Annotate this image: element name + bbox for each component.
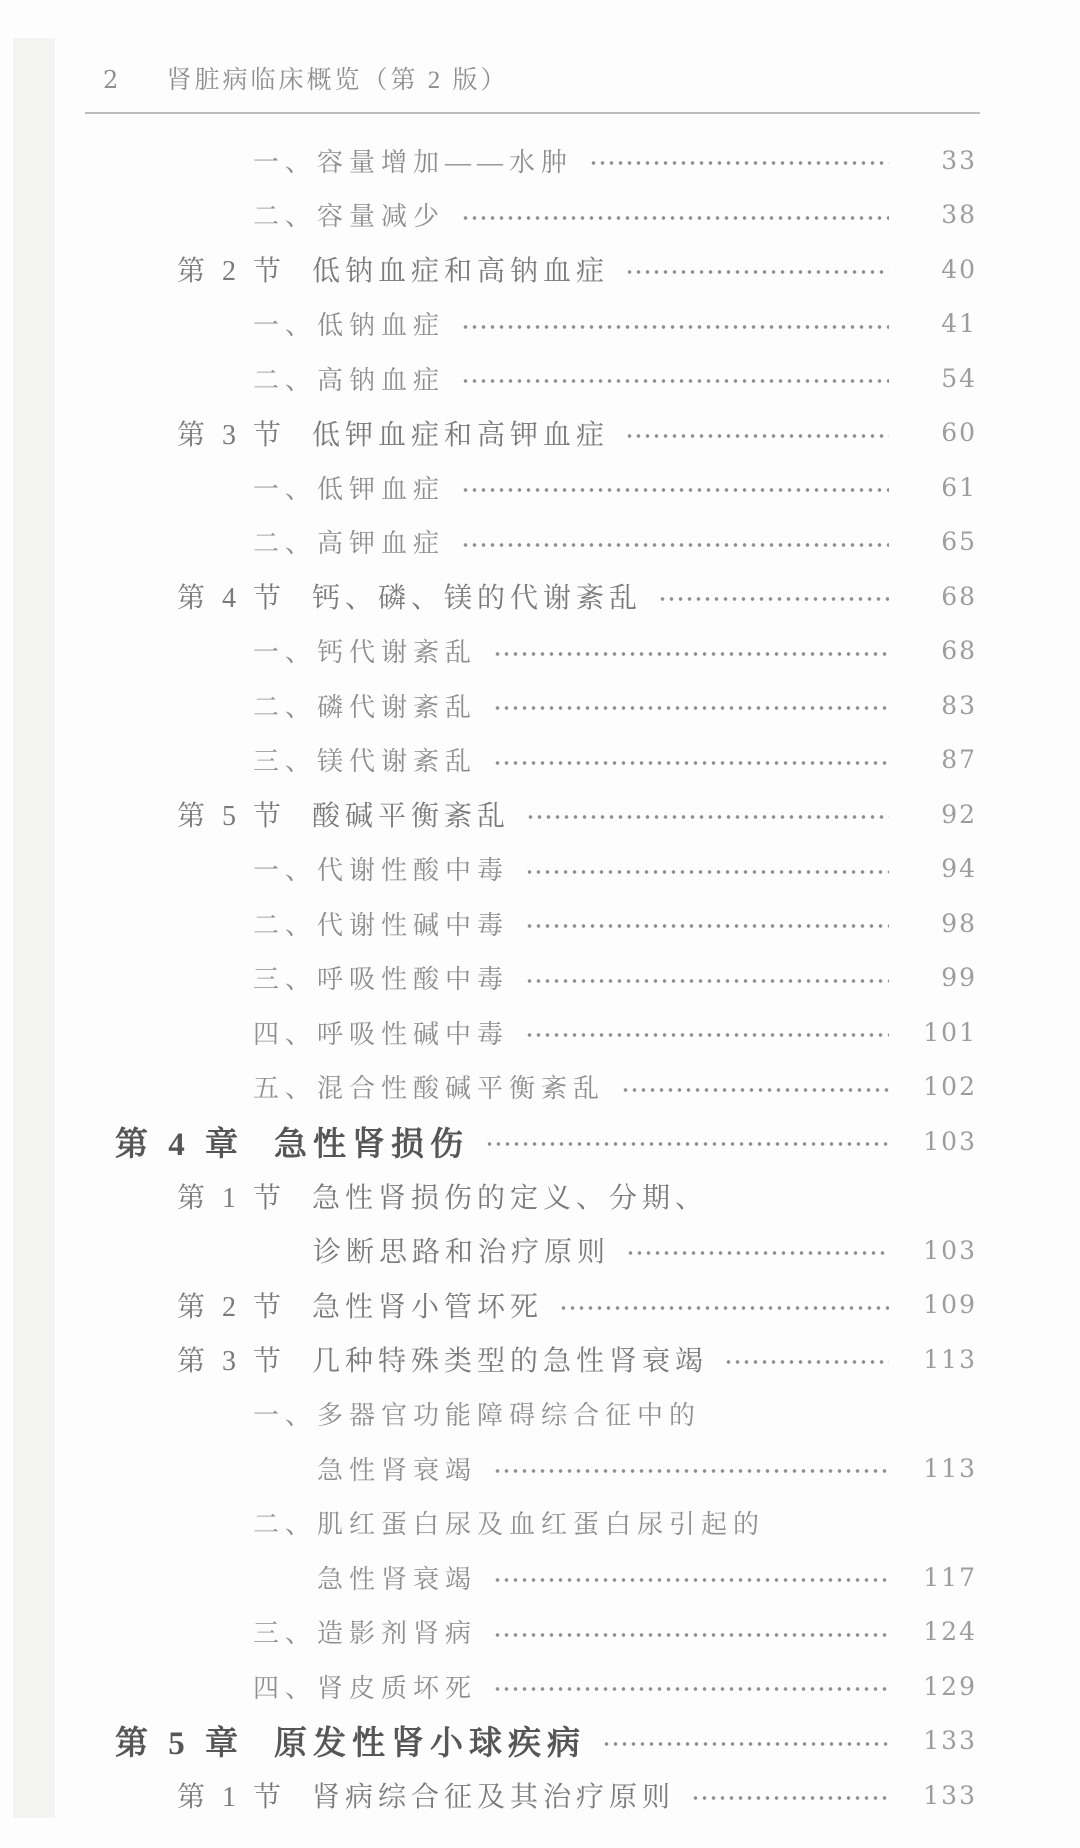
toc-entry: 二、高钾血症65 — [0, 515, 977, 570]
toc-entry-page: 65 — [903, 527, 977, 556]
toc-entry: 四、肾皮质坏死129 — [0, 1659, 977, 1714]
toc-entry-label: 五、 — [253, 1068, 317, 1105]
toc-entry: 一、低钠血症41 — [0, 297, 977, 352]
dot-leader — [493, 1628, 889, 1642]
toc-entry: 一、多器官功能障碍综合征中的 — [0, 1387, 977, 1442]
toc-entry-label: 三、 — [253, 741, 317, 778]
dot-leader — [493, 1682, 889, 1696]
toc-entry-title: 低钠血症和高钠血症 — [312, 249, 609, 289]
toc-entry-label: 第 2 节 — [177, 249, 286, 289]
toc-entry-title: 容量减少 — [317, 196, 445, 233]
dot-leader — [526, 810, 889, 824]
toc-entry-page: 99 — [903, 963, 977, 992]
toc-entry: 二、代谢性碱中毒98 — [0, 896, 977, 951]
toc-entry-title: 低钾血症和高钾血症 — [312, 413, 609, 453]
toc-entry-page: 40 — [903, 255, 977, 284]
toc-entry-page: 33 — [903, 146, 977, 175]
toc-entry: 一、代谢性酸中毒94 — [0, 842, 977, 897]
toc-entry: 三、呼吸性酸中毒99 — [0, 951, 977, 1006]
toc-entry: 一、容量增加——水肿33 — [0, 133, 977, 188]
toc-entry: 第 3 节几种特殊类型的急性肾衰竭113 — [0, 1332, 977, 1387]
toc-entry-label: 二、 — [253, 523, 317, 560]
toc-entry-title: 钙、磷、镁的代谢紊乱 — [312, 576, 642, 616]
dot-leader — [525, 865, 889, 879]
dot-leader — [493, 701, 889, 715]
toc-entry-title: 高钠血症 — [317, 360, 445, 397]
toc-entry: 一、低钾血症61 — [0, 460, 977, 515]
dot-leader — [625, 265, 889, 279]
toc-entry: 急性肾衰竭113 — [0, 1441, 977, 1496]
dot-leader — [493, 647, 889, 661]
toc-entry-label: 第 3 节 — [177, 1339, 286, 1379]
toc-entry-title: 肾病综合征及其治疗原则 — [312, 1775, 675, 1815]
toc-entry-label: 二、 — [253, 196, 317, 233]
toc-entry-page: 133 — [903, 1726, 977, 1755]
dot-leader — [461, 211, 889, 225]
toc-entry: 三、镁代谢紊乱87 — [0, 733, 977, 788]
dot-leader — [724, 1355, 889, 1369]
toc-entry-label: 第 4 章 — [115, 1118, 244, 1165]
toc-entry: 二、磷代谢紊乱83 — [0, 678, 977, 733]
header-rule — [85, 112, 980, 114]
dot-leader — [461, 538, 889, 552]
dot-leader — [493, 756, 889, 770]
toc-entry-title: 诊断思路和治疗原则 — [313, 1230, 610, 1270]
toc-entry-label: 二、 — [253, 1504, 317, 1541]
table-of-contents: 一、容量增加——水肿33二、容量减少38第 2 节低钠血症和高钠血症40一、低钠… — [0, 133, 977, 1823]
toc-entry-title: 急性肾损伤的定义、分期、 — [312, 1176, 708, 1216]
toc-entry-page: 94 — [903, 854, 977, 883]
toc-entry-title: 呼吸性酸中毒 — [317, 959, 509, 996]
toc-entry: 二、容量减少38 — [0, 188, 977, 243]
toc-entry: 第 1 节急性肾损伤的定义、分期、 — [0, 1169, 977, 1224]
toc-entry-page: 68 — [903, 636, 977, 665]
running-header-title: 肾脏病临床概览（第 2 版） — [167, 67, 509, 94]
toc-entry-title: 肾皮质坏死 — [317, 1668, 477, 1705]
dot-leader — [589, 156, 889, 170]
toc-entry-title: 高钾血症 — [317, 523, 445, 560]
toc-entry: 三、造影剂肾病124 — [0, 1605, 977, 1660]
toc-entry: 第 2 节低钠血症和高钠血症40 — [0, 242, 977, 297]
toc-entry-label: 四、 — [253, 1014, 317, 1051]
toc-entry-page: 92 — [903, 800, 977, 829]
toc-entry-label: 第 3 节 — [177, 413, 286, 453]
toc-entry-title: 急性肾衰竭 — [317, 1450, 477, 1487]
toc-entry-title: 几种特殊类型的急性肾衰竭 — [312, 1339, 708, 1379]
toc-entry-title: 代谢性酸中毒 — [317, 850, 509, 887]
toc-entry-title: 低钠血症 — [317, 305, 445, 342]
toc-entry-label: 四、 — [253, 1668, 317, 1705]
toc-entry-title: 低钾血症 — [317, 469, 445, 506]
toc-entry: 诊断思路和治疗原则103 — [0, 1223, 977, 1278]
toc-entry: 二、高钠血症54 — [0, 351, 977, 406]
toc-entry-label: 一、 — [253, 142, 317, 179]
toc-entry-label: 第 1 节 — [177, 1775, 286, 1815]
toc-entry-title: 磷代谢紊乱 — [317, 687, 477, 724]
toc-entry-label: 第 5 节 — [177, 794, 286, 834]
toc-entry-title: 酸碱平衡紊乱 — [312, 794, 510, 834]
toc-entry-page: 129 — [903, 1672, 977, 1701]
toc-entry-title: 代谢性碱中毒 — [317, 905, 509, 942]
toc-entry: 一、钙代谢紊乱68 — [0, 624, 977, 679]
toc-entry-page: 54 — [903, 364, 977, 393]
toc-entry-title: 钙代谢紊乱 — [317, 632, 477, 669]
toc-entry-page: 38 — [903, 200, 977, 229]
dot-leader — [485, 1137, 889, 1151]
toc-entry-label: 二、 — [253, 905, 317, 942]
toc-entry-page: 113 — [903, 1454, 977, 1483]
toc-entry-page: 61 — [903, 473, 977, 502]
toc-entry-title: 原发性肾小球疾病 — [274, 1717, 586, 1764]
toc-entry-label: 二、 — [253, 687, 317, 724]
toc-entry-page: 103 — [903, 1127, 977, 1156]
dot-leader — [525, 974, 889, 988]
toc-entry-title: 呼吸性碱中毒 — [317, 1014, 509, 1051]
toc-entry: 第 5 节酸碱平衡紊乱92 — [0, 787, 977, 842]
toc-entry-label: 一、 — [253, 305, 317, 342]
toc-entry-title: 肌红蛋白尿及血红蛋白尿引起的 — [317, 1504, 765, 1541]
dot-leader — [658, 592, 889, 606]
toc-entry: 四、呼吸性碱中毒101 — [0, 1005, 977, 1060]
toc-entry-title: 急性肾损伤 — [274, 1118, 469, 1165]
dot-leader — [461, 374, 889, 388]
dot-leader — [625, 429, 889, 443]
dot-leader — [525, 919, 889, 933]
folio-page-number: 2 — [103, 66, 121, 94]
toc-entry: 第 5 章原发性肾小球疾病133 — [0, 1714, 977, 1769]
toc-entry-title: 造影剂肾病 — [317, 1613, 477, 1650]
toc-entry-title: 多器官功能障碍综合征中的 — [317, 1395, 701, 1432]
toc-entry-page: 117 — [903, 1563, 977, 1592]
toc-entry: 五、混合性酸碱平衡紊乱102 — [0, 1060, 977, 1115]
toc-entry-label: 三、 — [253, 1613, 317, 1650]
toc-entry-page: 101 — [903, 1018, 977, 1047]
toc-entry-label: 第 5 章 — [115, 1717, 244, 1764]
toc-entry: 第 2 节急性肾小管坏死109 — [0, 1278, 977, 1333]
running-header: 2 肾脏病临床概览（第 2 版） — [103, 60, 1020, 96]
dot-leader — [626, 1246, 889, 1260]
dot-leader — [493, 1464, 889, 1478]
toc-entry-label: 一、 — [253, 632, 317, 669]
toc-entry: 第 3 节低钾血症和高钾血症60 — [0, 406, 977, 461]
toc-entry: 二、肌红蛋白尿及血红蛋白尿引起的 — [0, 1496, 977, 1551]
dot-leader — [493, 1573, 889, 1587]
toc-entry-page: 41 — [903, 309, 977, 338]
dot-leader — [621, 1083, 889, 1097]
toc-entry-label: 一、 — [253, 1395, 317, 1432]
toc-entry: 第 4 章急性肾损伤103 — [0, 1114, 977, 1169]
toc-entry-page: 83 — [903, 691, 977, 720]
toc-entry-page: 113 — [903, 1345, 977, 1374]
dot-leader — [461, 320, 889, 334]
toc-entry-label: 一、 — [253, 850, 317, 887]
toc-entry-label: 第 1 节 — [177, 1176, 286, 1216]
toc-entry: 急性肾衰竭117 — [0, 1550, 977, 1605]
toc-entry-page: 124 — [903, 1617, 977, 1646]
toc-entry-label: 第 4 节 — [177, 576, 286, 616]
toc-entry-title: 混合性酸碱平衡紊乱 — [317, 1068, 605, 1105]
toc-entry-label: 一、 — [253, 469, 317, 506]
dot-leader — [461, 483, 889, 497]
toc-entry-title: 容量增加——水肿 — [317, 142, 573, 179]
toc-entry-page: 103 — [903, 1236, 977, 1265]
toc-entry-page: 102 — [903, 1072, 977, 1101]
toc-entry-page: 68 — [903, 582, 977, 611]
toc-entry-label: 三、 — [253, 959, 317, 996]
toc-entry-page: 60 — [903, 418, 977, 447]
toc-entry-title: 急性肾小管坏死 — [312, 1285, 543, 1325]
toc-entry-page: 87 — [903, 745, 977, 774]
toc-entry-label: 二、 — [253, 360, 317, 397]
toc-entry-label: 第 2 节 — [177, 1285, 286, 1325]
dot-leader — [525, 1028, 889, 1042]
dot-leader — [559, 1301, 889, 1315]
dot-leader — [691, 1791, 889, 1805]
toc-entry: 第 1 节肾病综合征及其治疗原则133 — [0, 1768, 977, 1823]
toc-entry-title: 镁代谢紊乱 — [317, 741, 477, 778]
toc-entry-page: 133 — [903, 1781, 977, 1810]
toc-entry: 第 4 节钙、磷、镁的代谢紊乱68 — [0, 569, 977, 624]
toc-entry-page: 109 — [903, 1290, 977, 1319]
toc-entry-page: 98 — [903, 909, 977, 938]
toc-entry-title: 急性肾衰竭 — [317, 1559, 477, 1596]
dot-leader — [602, 1737, 889, 1751]
